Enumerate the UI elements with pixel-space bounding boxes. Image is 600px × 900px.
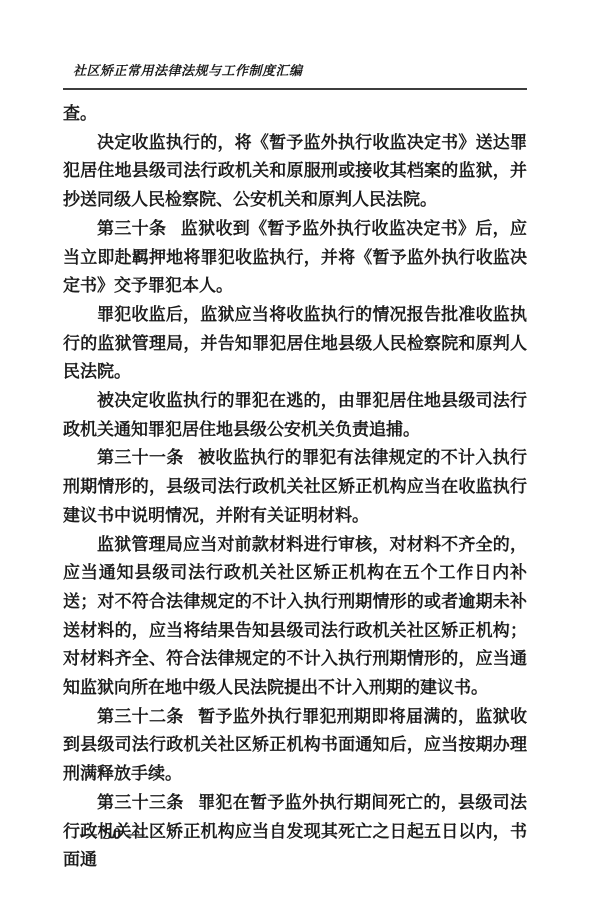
paragraph: 决定收监执行的，将《暂予监外执行收监决定书》送达罪犯居住地县级司法行政机关和原服… (63, 129, 527, 215)
paragraph: 第三十二条暂予监外执行罪犯刑期即将届满的，监狱收到县级司法行政机关社区矫正机构书… (63, 703, 527, 789)
running-header-title: 社区矫正常用法律法规与工作制度汇编 (73, 60, 303, 79)
article-number: 第三十三条 (97, 793, 184, 812)
paragraph: 监狱管理局应当对前款材料进行审核，对材料不齐全的，应当通知县级司法行政机关社区矫… (63, 531, 527, 703)
header-rule (63, 88, 527, 90)
article-number: 第三十一条 (97, 448, 184, 467)
article-number: 第三十二条 (97, 707, 184, 726)
paragraph: 罪犯收监后，监狱应当将收监执行的情况报告批准收监执行的监狱管理局，并告知罪犯居住… (63, 301, 527, 387)
paragraph: 第三十条监狱收到《暂予监外执行收监决定书》后，应当立即赴羁押地将罪犯收监执行，并… (63, 215, 527, 301)
paragraph: 第三十一条被收监执行的罪犯有法律规定的不计入执行刑期情形的，县级司法行政机关社区… (63, 444, 527, 530)
paragraph: 被决定收监执行的罪犯在逃的，由罪犯居住地县级司法行政机关通知罪犯居住地县级公安机… (63, 387, 527, 444)
page-number: — 50 — (80, 824, 146, 844)
document-body: 查。决定收监执行的，将《暂予监外执行收监决定书》送达罪犯居住地县级司法行政机关和… (63, 100, 527, 875)
article-number: 第三十条 (97, 219, 166, 238)
document-page: 社区矫正常用法律法规与工作制度汇编 查。决定收监执行的，将《暂予监外执行收监决定… (0, 0, 600, 900)
paragraph: 查。 (63, 100, 527, 129)
